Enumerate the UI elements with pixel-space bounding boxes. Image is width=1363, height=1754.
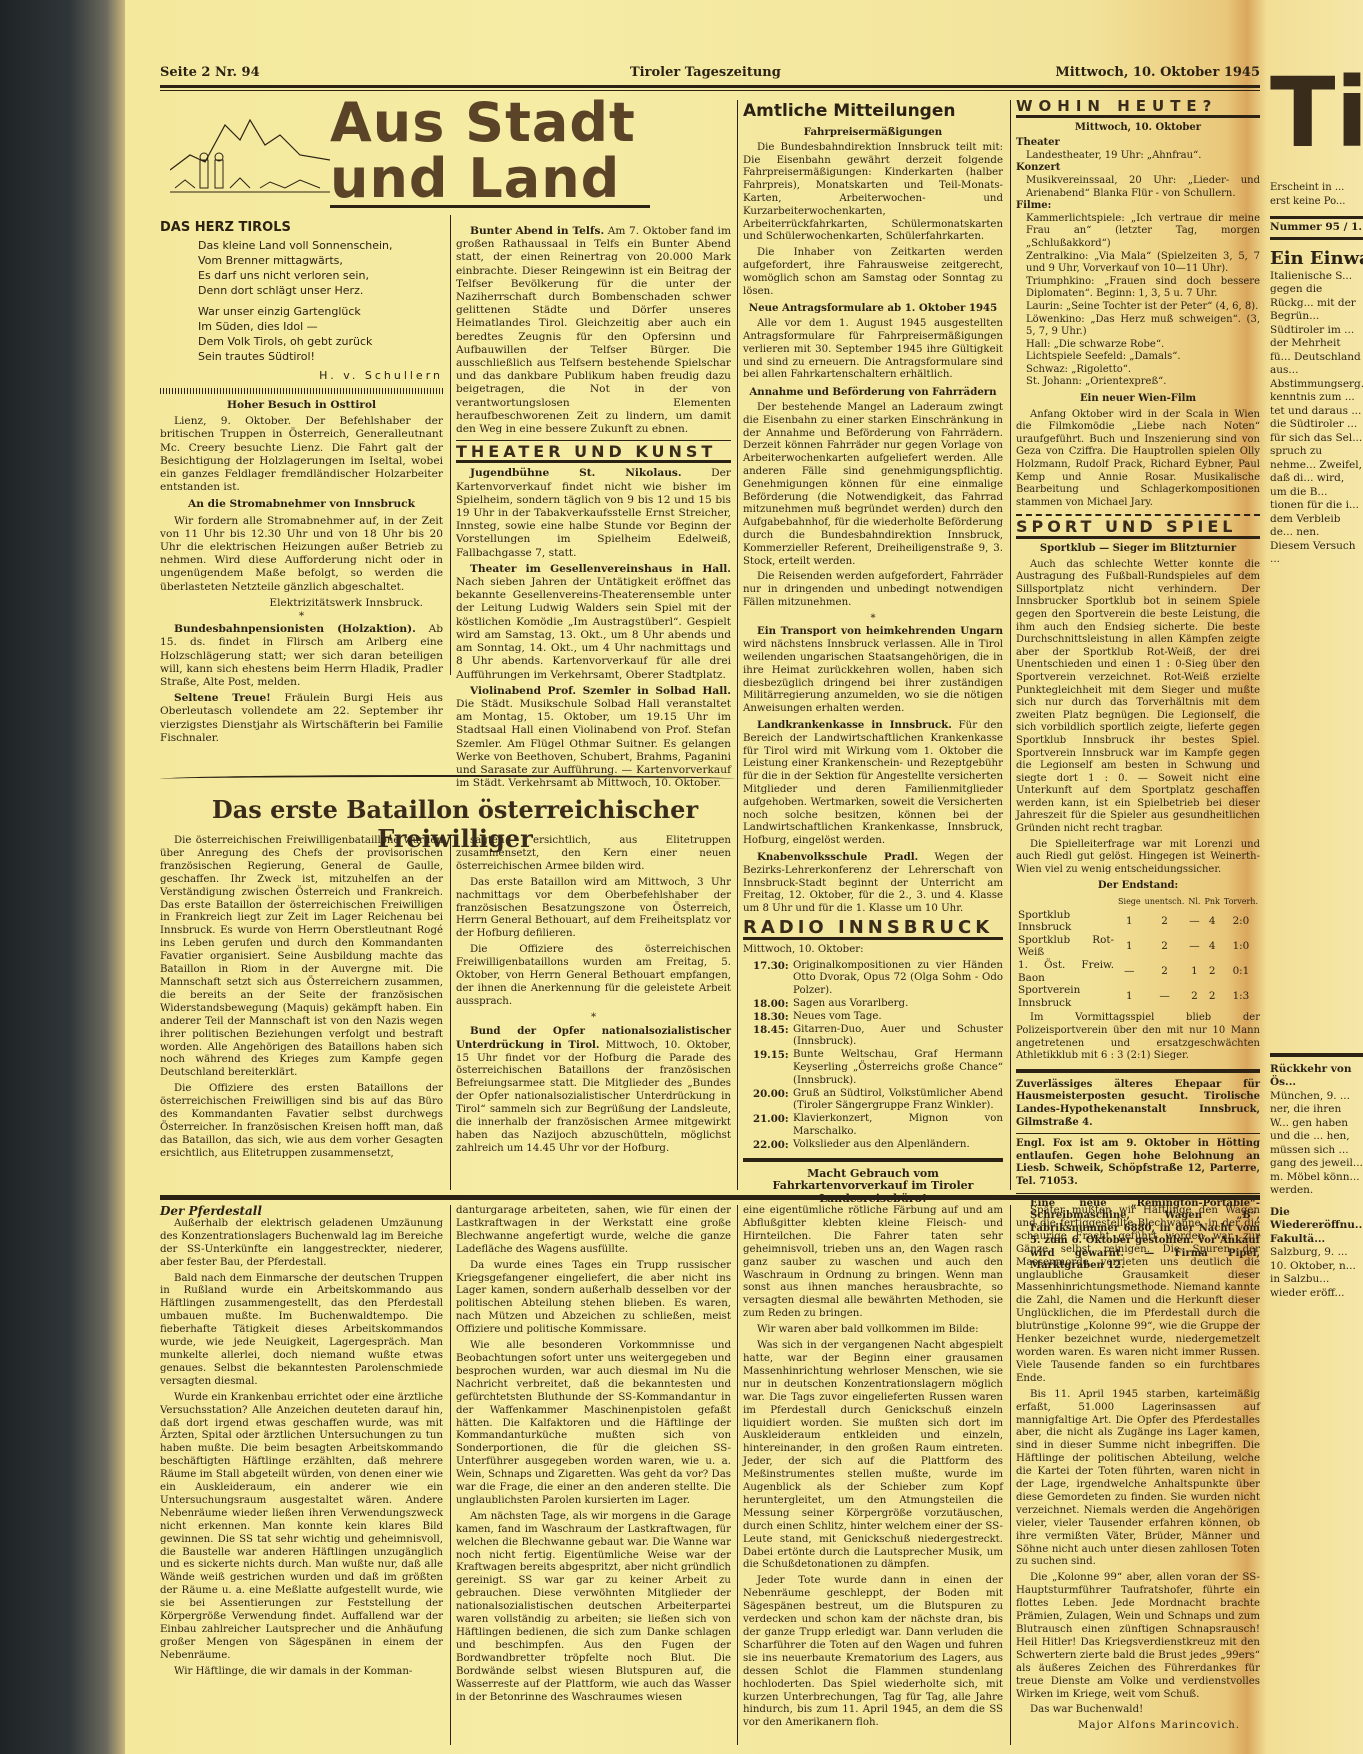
table-row: Sportklub Innsbruck12—42:0 <box>1016 909 1260 934</box>
column-1: DAS HERZ TIROLS Das kleine Land voll Son… <box>160 220 443 748</box>
column-4: WOHIN HEUTE? Mittwoch, 10. Oktober Theat… <box>1016 100 1260 1273</box>
film-item: Hall: „Die schwarze Robe“. <box>1026 339 1260 352</box>
column-divider <box>450 215 451 675</box>
mountain-town-illustration-icon <box>170 100 330 200</box>
section-heading-amtlich: Amtliche Mitteilungen <box>743 100 1003 122</box>
radio-item: 17.30:Originalkompositionen zu vier Händ… <box>753 960 1003 998</box>
column-3: Amtliche Mitteilungen Fahrpreisermäßigun… <box>743 100 1003 1206</box>
header-rule <box>160 85 1260 88</box>
film-item: Lichtspiele Seefeld: „Damals“. <box>1026 351 1260 364</box>
pferdestall-col-1: Der Pferdestall Außerhalb der elektrisch… <box>160 1205 443 1682</box>
classified-ad: Engl. Fox ist am 9. Oktober in Hötting e… <box>1016 1138 1260 1188</box>
standings-table: Siegeunentsch.Nl.PnkTorverh. Sportklub I… <box>1016 896 1260 1009</box>
classified-ad: Zuverlässiges älteres Ehepaar für Hausme… <box>1016 1079 1260 1129</box>
newspaper-page: Seite 2 Nr. 94 Tiroler Tageszeitung Mitt… <box>160 55 1260 1745</box>
table-row: 1. Öst. Freiw. Baon—2120:1 <box>1016 959 1260 984</box>
table-row: Sportverein Innsbruck1—221:3 <box>1016 984 1260 1009</box>
radio-item: 18.45:Gitarren-Duo, Auer und Schuster (I… <box>753 1024 1003 1050</box>
film-item: Zentralkino: „Via Mala“ (Spielzeiten 3, … <box>1026 251 1260 276</box>
film-item: Kammerlichtspiele: „Ich vertraue dir mei… <box>1026 213 1260 251</box>
film-item: Triumphkino: „Frauen sind doch bessere D… <box>1026 276 1260 301</box>
radio-item: 20.00:Gruß an Südtirol, Volkstümlicher A… <box>753 1088 1003 1114</box>
table-row: Sportklub Rot-Weiß12—41:0 <box>1016 934 1260 959</box>
travel-ad: Macht Gebrauch vom Fahrkartenvorverkauf … <box>743 1168 1003 1206</box>
newspaper-name: Tiroler Tageszeitung <box>630 65 781 80</box>
masthead-title: Aus Stadt und Land <box>330 95 636 207</box>
radio-schedule: 17.30:Originalkompositionen zu vier Händ… <box>743 960 1003 1152</box>
pferdestall-col-4: Später mußten wir Häftlinge den Wagen un… <box>1016 1205 1260 1733</box>
bataillon-right: sagten ersichtlich, aus Elitetruppen zus… <box>456 835 731 1159</box>
film-item: Schwaz: „Rigoletto“. <box>1026 364 1260 377</box>
column-2: Bunter Abend in Telfs. Am 7. Oktober fan… <box>456 225 731 793</box>
pferdestall-col-3: eine eigentümliche rötliche Färbung auf … <box>743 1205 1003 1733</box>
column-divider <box>737 1205 738 1745</box>
radio-item: 22.00:Volkslieder aus den Alpenländern. <box>753 1139 1003 1152</box>
poem: DAS HERZ TIROLS Das kleine Land voll Son… <box>160 220 443 383</box>
column-divider <box>1010 100 1011 1190</box>
issue-date: Mittwoch, 10. Oktober 1945 <box>1055 65 1260 80</box>
article-title: An die Stromabnehmer von Innsbruck <box>160 498 443 511</box>
adjacent-page-fragment: Ti Erscheint in ... erst keine Po... Num… <box>1270 55 1363 1745</box>
section-heading-wohin: WOHIN HEUTE? <box>1016 100 1260 118</box>
next-page-title: Ti <box>1270 65 1363 161</box>
section-heading-radio: RADIO INNSBRUCK <box>743 922 1003 940</box>
article-author: Major Alfons Marincovich. <box>1016 1720 1260 1733</box>
header-rule-thin <box>160 90 1260 91</box>
film-list: Kammerlichtspiele: „Ich vertraue dir mei… <box>1016 213 1260 389</box>
section-heading-theater: THEATER UND KUNST <box>456 445 731 463</box>
pferdestall-col-2: danturgarage arbeiteten, sahen, wie für … <box>456 1205 731 1707</box>
masthead-rule <box>330 205 650 208</box>
poem-author: H. v. Schullern <box>160 368 443 383</box>
column-divider <box>1010 1205 1011 1745</box>
section-rule <box>160 1195 1260 1200</box>
section-heading-sport: SPORT UND SPIEL <box>1016 521 1260 539</box>
film-item: Laurin: „Seine Tochter ist der Peter“ (4… <box>1026 301 1260 314</box>
column-divider <box>450 835 451 1190</box>
book-binding <box>0 0 125 1754</box>
radio-item: 18.00:Sagen aus Vorarlberg. <box>753 998 1003 1011</box>
film-item: St. Johann: „Orientexpreß“. <box>1026 376 1260 389</box>
section-masthead: Aus Stadt und Land <box>170 95 640 215</box>
bataillon-left: Die österreichischen Freiwilligenbataill… <box>160 835 443 1164</box>
radio-item: 19.15:Bunte Weltschau, Graf Hermann Keys… <box>753 1049 1003 1087</box>
wavy-divider <box>160 775 735 783</box>
column-divider <box>737 100 738 1190</box>
radio-item: 21.00:Klavierkonzert, Mignon von Marscha… <box>753 1113 1003 1139</box>
article-title: Hoher Besuch in Osttirol <box>160 399 443 412</box>
poem-title: DAS HERZ TIROLS <box>160 220 443 235</box>
page-number: Seite 2 Nr. 94 <box>160 65 260 80</box>
radio-item: 18.30:Neues vom Tage. <box>753 1011 1003 1024</box>
article-headline: Der Pferdestall <box>160 1205 443 1218</box>
film-item: Löwenkino: „Das Herz muß schweigen“. (3,… <box>1026 314 1260 339</box>
column-divider <box>450 1205 451 1745</box>
asterisk-divider: * <box>160 610 443 623</box>
decorative-divider <box>160 388 443 394</box>
